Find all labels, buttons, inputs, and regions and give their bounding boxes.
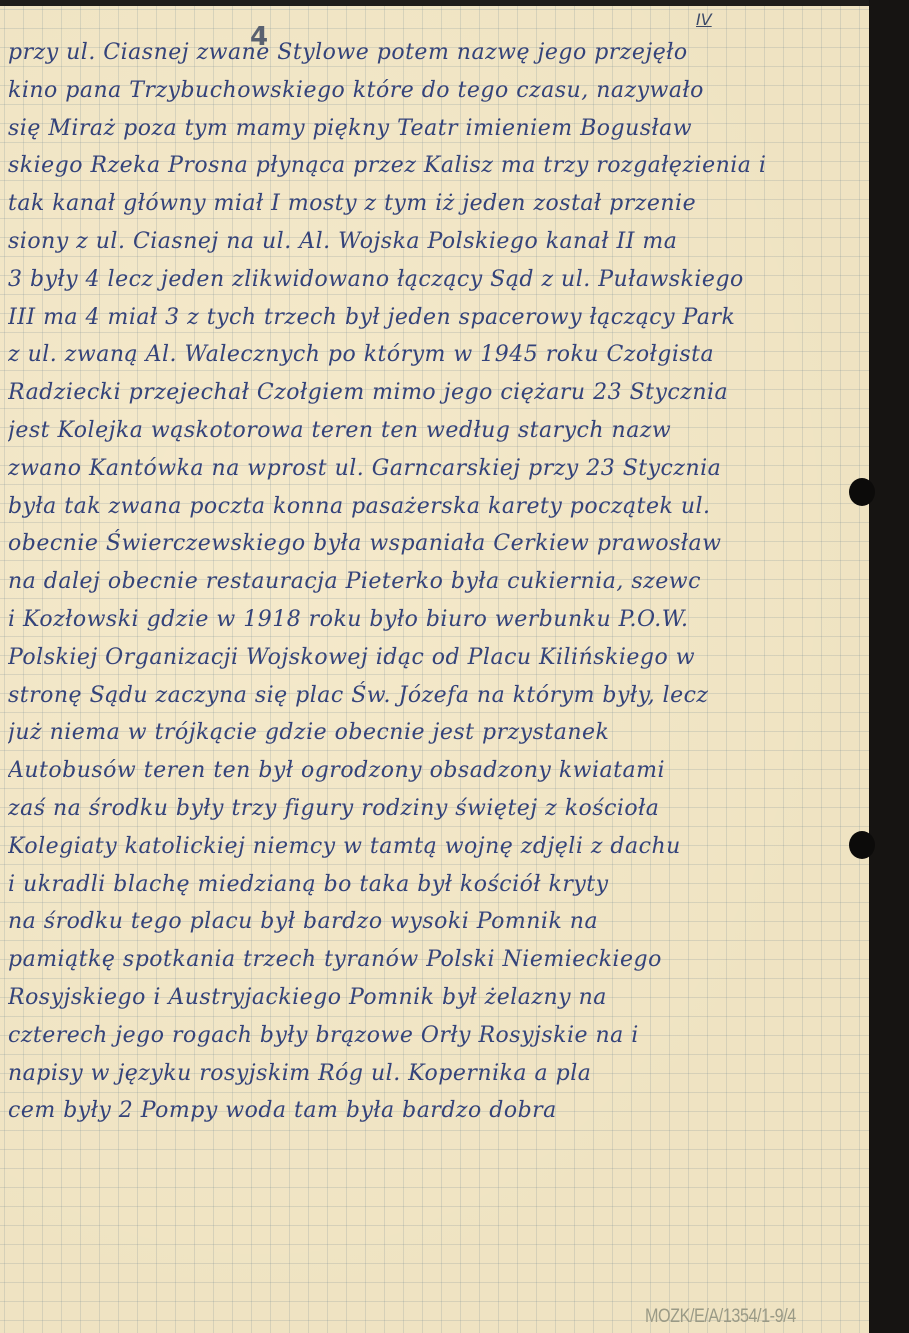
text-line: skiego Rzeka Prosna płynąca przez Kalisz… [8, 147, 868, 185]
text-line: Radziecki przejechał Czołgiem mimo jego … [8, 374, 868, 412]
text-line: czterech jego rogach były brązowe Orły R… [8, 1017, 868, 1055]
text-line: Kolegiaty katolickiej niemcy w tamtą woj… [8, 828, 868, 866]
punch-hole-bottom [849, 831, 875, 859]
text-line: zwano Kantówka na wprost ul. Garncarskie… [8, 450, 868, 488]
punch-hole-top [849, 478, 875, 506]
text-line: napisy w języku rosyjskim Róg ul. Kopern… [8, 1055, 868, 1093]
scan-background-edge [869, 0, 909, 1333]
manuscript-page: IV 4 przy ul. Ciasnej zwane Stylowe pote… [0, 6, 880, 1333]
text-line: obecnie Świerczewskiego była wspaniała C… [8, 525, 868, 563]
text-line: i Kozłowski gdzie w 1918 roku było biuro… [8, 601, 868, 639]
text-line: 3 były 4 lecz jeden zlikwidowano łączący… [8, 261, 868, 299]
text-line: kino pana Trzybuchowskiego które do tego… [8, 72, 868, 110]
page-number: IV [696, 10, 712, 29]
archive-stamp: MOZK/E/A/1354/1-9/4 [645, 1306, 796, 1328]
text-line: siony z ul. Ciasnej na ul. Al. Wojska Po… [8, 223, 868, 261]
text-line: tak kanał główny miał I mosty z tym iż j… [8, 185, 868, 223]
text-line: pamiątkę spotkania trzech tyranów Polski… [8, 941, 868, 979]
text-line: Autobusów teren ten był ogrodzony obsadz… [8, 752, 868, 790]
text-line: stronę Sądu zaczyna się plac Św. Józefa … [8, 677, 868, 715]
text-line: się Miraż poza tym mamy piękny Teatr imi… [8, 110, 868, 148]
text-line: Polskiej Organizacji Wojskowej idąc od P… [8, 639, 868, 677]
text-line: na środku tego placu był bardzo wysoki P… [8, 903, 868, 941]
text-line: i ukradli blachę miedzianą bo taka był k… [8, 866, 868, 904]
text-line: przy ul. Ciasnej zwane Stylowe potem naz… [8, 34, 868, 72]
text-line: zaś na środku były trzy figury rodziny ś… [8, 790, 868, 828]
text-line: na dalej obecnie restauracja Pieterko by… [8, 563, 868, 601]
text-line: Rosyjskiego i Austryjackiego Pomnik był … [8, 979, 868, 1017]
text-line: była tak zwana poczta konna pasażerska k… [8, 488, 868, 526]
text-line: cem były 2 Pompy woda tam była bardzo do… [8, 1092, 868, 1130]
text-line: III ma 4 miał 3 z tych trzech był jeden … [8, 299, 868, 337]
text-line: z ul. zwaną Al. Walecznych po którym w 1… [8, 336, 868, 374]
handwritten-text: przy ul. Ciasnej zwane Stylowe potem naz… [8, 34, 868, 1130]
text-line: jest Kolejka wąskotorowa teren ten wedłu… [8, 412, 868, 450]
text-line: już niema w trójkącie gdzie obecnie jest… [8, 714, 868, 752]
